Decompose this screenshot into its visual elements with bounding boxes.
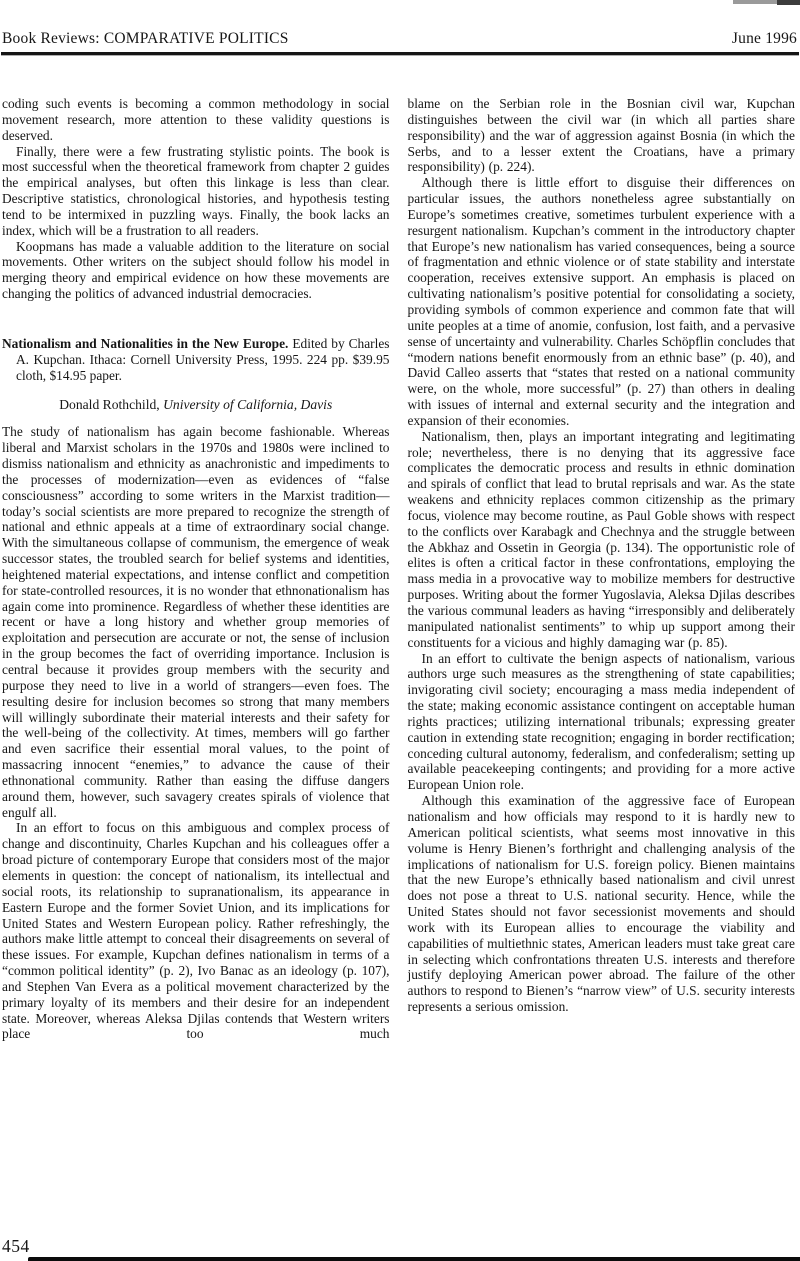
journal-page: Book Reviews: COMPARATIVE POLITICS June …: [0, 0, 800, 1261]
scan-artifact-bottom: [28, 1257, 800, 1261]
paragraph: Finally, there were a few frustrating st…: [2, 144, 390, 239]
paragraph: Koopmans has made a valuable addition to…: [2, 239, 390, 302]
review-heading: Nationalism and Nationalities in the New…: [2, 336, 390, 384]
paragraph: Nationalism, then, plays an important in…: [408, 429, 796, 651]
paragraph: Although this examination of the aggress…: [408, 793, 796, 1015]
right-column: blame on the Serbian role in the Bosnian…: [408, 96, 796, 1042]
page-number: 454: [2, 1236, 30, 1257]
book-title: Nationalism and Nationalities in the New…: [2, 336, 288, 351]
running-head-title: Book Reviews: COMPARATIVE POLITICS: [2, 30, 289, 48]
paragraph: The study of nationalism has again becom…: [2, 424, 390, 820]
paragraph: blame on the Serbian role in the Bosnian…: [408, 96, 796, 175]
reviewer-affiliation: University of California, Davis: [163, 397, 332, 412]
left-column: coding such events is becoming a common …: [2, 96, 390, 1042]
two-column-text: coding such events is becoming a common …: [2, 96, 795, 1042]
paragraph: Although there is little effort to disgu…: [408, 175, 796, 429]
scan-artifact-top-light: [733, 0, 777, 4]
header-rule: [1, 52, 799, 55]
reviewer-name: Donald Rothchild,: [59, 397, 159, 412]
scan-artifact-top-dark: [777, 0, 800, 5]
running-head: Book Reviews: COMPARATIVE POLITICS June …: [2, 30, 797, 48]
running-head-date: June 1996: [732, 30, 797, 48]
paragraph: In an effort to cultivate the benign asp…: [408, 651, 796, 794]
paragraph: coding such events is becoming a common …: [2, 96, 390, 144]
paragraph: In an effort to focus on this ambiguous …: [2, 820, 390, 1042]
reviewer-byline: Donald Rothchild, University of Californ…: [2, 397, 390, 413]
